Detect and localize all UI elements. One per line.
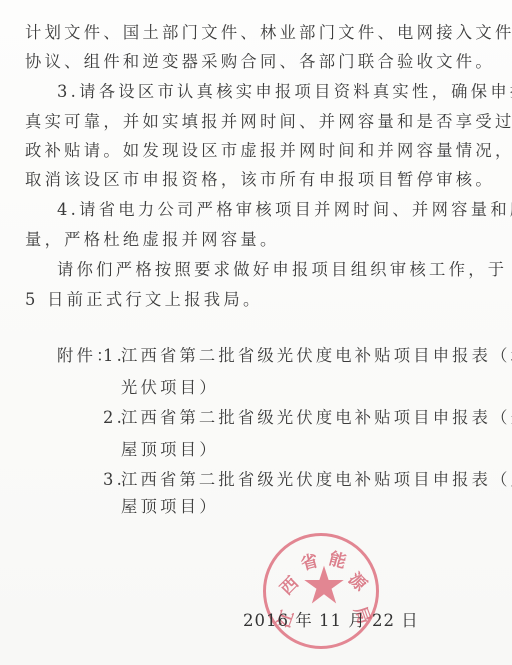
paragraph-line: 计划文件、国土部门文件、林业部门文件、电网接入文件、并网 [25,23,475,43]
paragraph-line: 3.请各设区市认真核实申报项目资料真实性，确保申报项目 [57,82,475,102]
attachment-title: 江西省第二批省级光伏度电补贴项目申报表（企业 [121,408,512,428]
attachment-title: 江西省第二批省级光伏度电补贴项目申报表（居民 [121,470,512,490]
paragraph-line: 4.请省电力公司严格审核项目并网时间、并网容量和所发电 [57,200,475,220]
paragraph-line: 5 日前正式行文上报我局。 [25,290,475,310]
star-icon [303,564,345,606]
seal-char: 西 [272,569,304,601]
attachment-title: 江西省第二批省级光伏度电补贴项目申报表（地面 [121,346,512,366]
attachment-title-continued: 屋顶项目） [121,497,219,517]
seal-char: 源 [343,565,375,597]
document-date: 2016 年 11 月 22 日 [243,607,419,631]
paragraph-line: 真实可靠，并如实填报并网时间、并网容量和是否享受过其他财 [25,112,475,132]
paragraph-line: 量，严格杜绝虚报并网容量。 [25,230,475,250]
document-page: 计划文件、国土部门文件、林业部门文件、电网接入文件、并网 协议、组件和逆变器采购… [0,0,512,665]
attachment-title-continued: 屋顶项目） [121,440,219,460]
official-seal: 江 西 省 能 源 局 [263,533,379,649]
paragraph-line: 政补贴请。如发现设区市虚报并网时间和并网容量情况，我局将 [25,141,475,161]
attachment-title-continued: 光伏项目） [121,378,219,398]
paragraph-line: 协议、组件和逆变器采购合同、各部门联合验收文件。 [25,52,475,72]
paragraph-line: 取消该设区市申报资格，该市所有申报项目暂停审核。 [25,170,475,190]
paragraph-line: 请你们严格按照要求做好申报项目组织审核工作，于 12 月 [57,260,475,280]
